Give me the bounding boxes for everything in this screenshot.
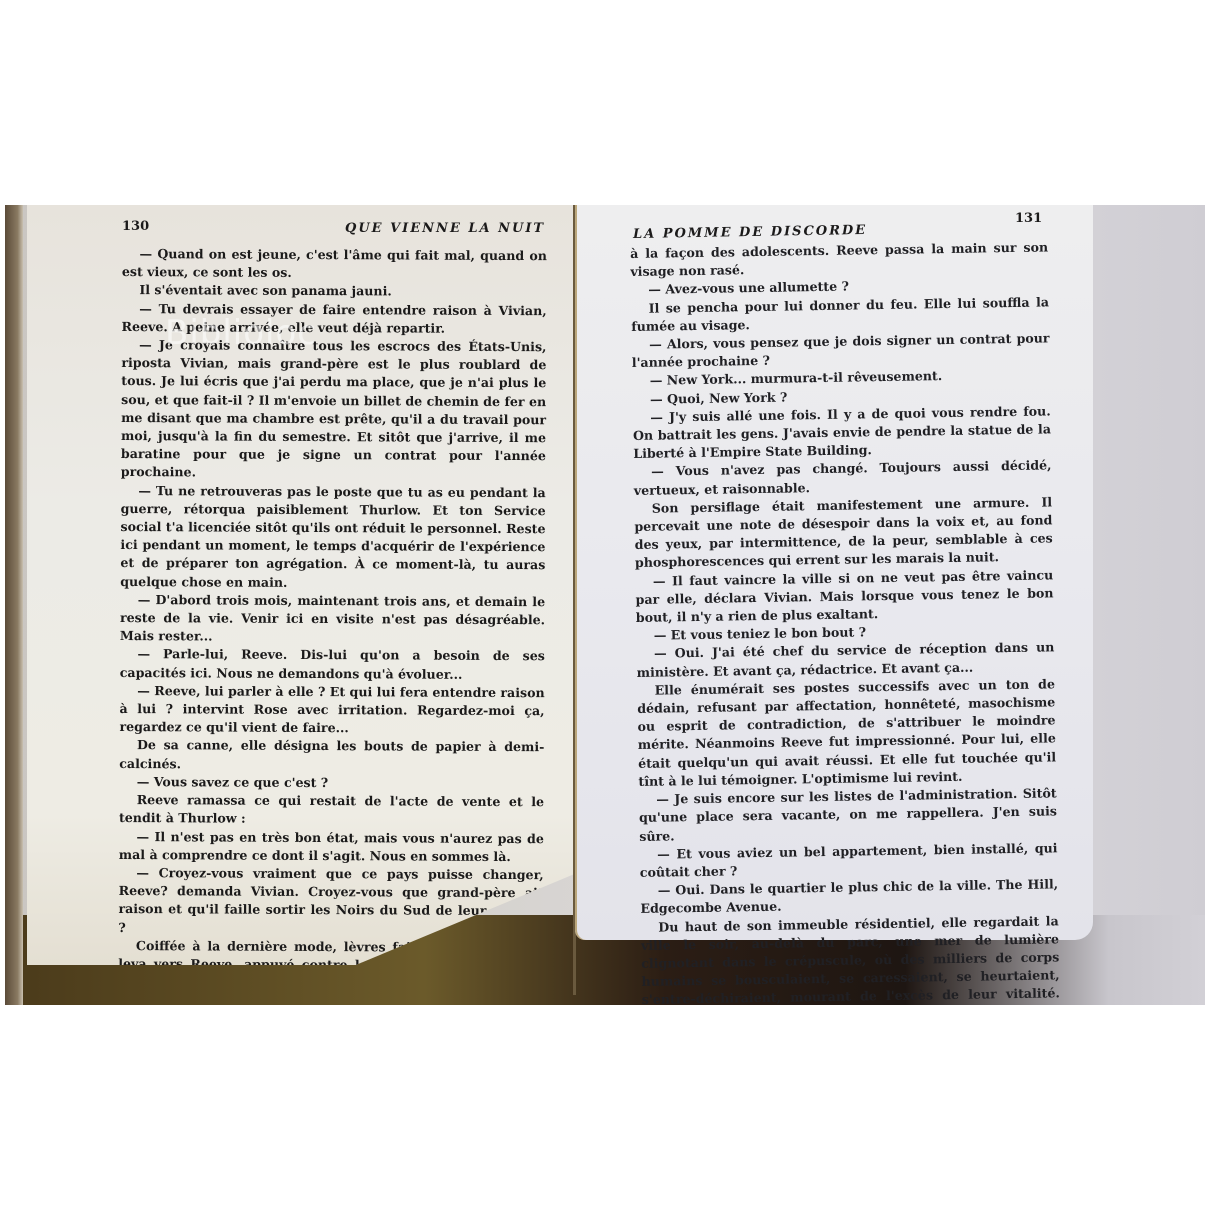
- paragraph: — Je suis encore sur les listes de l'adm…: [639, 784, 1058, 845]
- right-page-text: à la façon des adolescents. Reeve passa …: [630, 238, 1061, 1005]
- book-cover-edge: [5, 205, 23, 1005]
- book-photo: 130 QUE VIENNE LA NUIT — Quand on est je…: [5, 205, 1205, 1005]
- paragraph: — Reeve, lui parler à elle ? Et qui lui …: [119, 682, 544, 739]
- left-page-text: — Quand on est jeune, c'est l'âme qui fa…: [118, 245, 547, 1005]
- right-page: 131 LA POMME DE DISCORDE à la façon des …: [575, 205, 1093, 940]
- paragraph: — Il n'est pas en très bon état, mais vo…: [119, 827, 544, 866]
- paragraph: Son persiflage était manifestement une a…: [634, 493, 1053, 572]
- page-number-right: 131: [1015, 211, 1042, 226]
- running-head-right: LA POMME DE DISCORDE: [633, 223, 867, 242]
- paragraph: — J'y suis allé une fois. Il y a de quoi…: [633, 402, 1052, 463]
- paragraph: — D'abord trois mois, maintenant trois a…: [120, 591, 545, 648]
- paragraph: — Je croyais connaître tous les escrocs …: [121, 336, 547, 484]
- paragraph: De sa canne, elle désigna les bouts de p…: [119, 736, 544, 775]
- paragraph: — Vous savez ce que c'est ?: [119, 773, 544, 793]
- paragraph: Reeve ramassa ce qui restait de l'acte d…: [119, 791, 544, 830]
- paragraph: — Il faut vaincre la ville si on ne veut…: [635, 566, 1054, 627]
- page-number-left: 130: [122, 219, 149, 234]
- paragraph: — Tu devrais essayer de faire entendre r…: [122, 300, 547, 339]
- paragraph: — Quand on est jeune, c'est l'âme qui fa…: [122, 245, 547, 284]
- paragraph: — Tu ne retrouveras pas le poste que tu …: [120, 482, 546, 593]
- paragraph: Il s'éventait avec son panama jauni.: [122, 281, 547, 301]
- left-page: 130 QUE VIENNE LA NUIT — Quand on est je…: [27, 205, 575, 965]
- paragraph: Du haut de son immeuble résidentiel, ell…: [641, 912, 1061, 1005]
- paragraph: — Parle-lui, Reeve. Dis-lui qu'on a beso…: [120, 645, 545, 684]
- running-head-left: QUE VIENNE LA NUIT: [345, 221, 545, 236]
- paragraph: Elle énumérait ses postes successifs ave…: [637, 675, 1057, 791]
